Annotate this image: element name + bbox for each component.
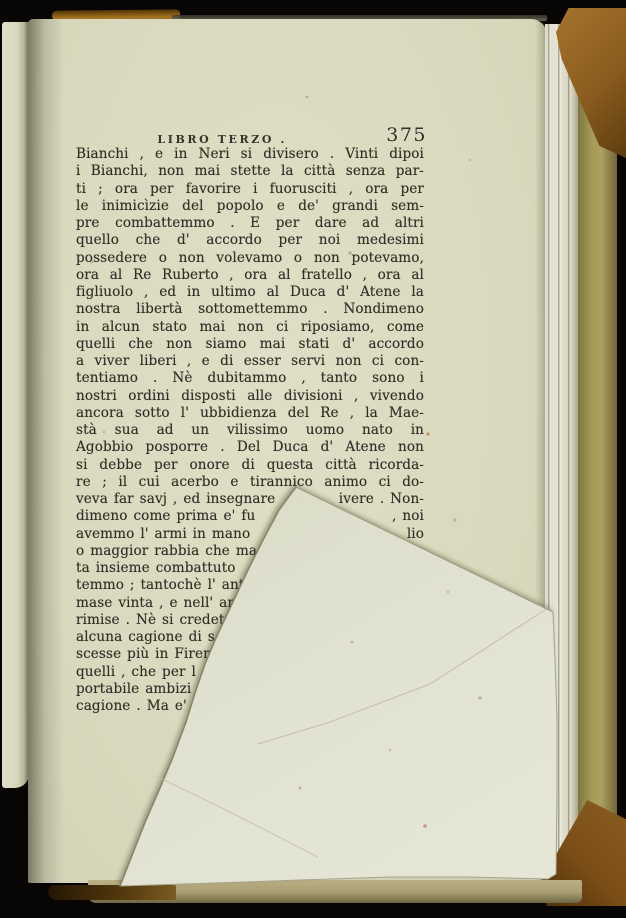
text-line: portabile ambizi: [76, 681, 424, 698]
text-line: quello che d' accordo per noi medesimi: [76, 232, 424, 249]
text-line: i Bianchi, non mai stette la città senza…: [76, 163, 424, 180]
text-line: alcuna cagione di s: [76, 629, 424, 646]
book-photo: LIBRO TERZO . 375 Bianchi , e in Neri si…: [0, 0, 626, 918]
text-line: ora al Re Ruberto , ora al fratello , or…: [76, 267, 424, 284]
text-line: o maggior rabbia che ma: [76, 543, 424, 560]
text-line: dimeno come prima e' fu, noi: [76, 508, 424, 525]
book-page: LIBRO TERZO . 375 Bianchi , e in Neri si…: [28, 19, 547, 883]
text-line: le inimicìzie del popolo e de' grandi se…: [76, 198, 424, 215]
text-line: in alcun stato mai non ci riposiamo, com…: [76, 319, 424, 336]
text-line: veva far savj , ed insegnareivere . Non-: [76, 491, 424, 508]
left-page-sliver: [2, 22, 29, 788]
text-line: quelli che non siamo mai stati d' accord…: [76, 336, 424, 353]
text-line: pre combattemmo . E per dare ad altri: [76, 215, 424, 232]
text-line: nostri ordini disposti alle divisioni , …: [76, 388, 424, 405]
page-number: 375: [386, 124, 427, 146]
text-line: scesse più in Firen: [76, 646, 424, 663]
text-line: a viver liberi , e di esser servi non ci…: [76, 353, 424, 370]
text-line: temmo ; tantochè l' ant: [76, 577, 424, 594]
text-line: si debbe per onore di questa città ricor…: [76, 457, 424, 474]
text-line: ti ; ora per favorire i fuorusciti , ora…: [76, 181, 424, 198]
text-line: mase vinta , e nell' ar: [76, 595, 424, 612]
text-line: avemmo l' armi in manolio: [76, 526, 424, 543]
bottom-edge-stain: [48, 885, 176, 900]
running-title: LIBRO TERZO .: [157, 133, 287, 146]
fore-edge-pages: [545, 24, 578, 882]
text-line: Agobbio posporre . Del Duca d' Atene non: [76, 439, 424, 456]
text-line: figliuolo , ed in ultimo al Duca d' Aten…: [76, 284, 424, 301]
text-line: ta insieme combattuto: [76, 560, 424, 577]
text-line: stà sua ad un vilissimo uomo nato in: [76, 422, 424, 439]
text-line: ancora sotto l' ubbidienza del Re , la M…: [76, 405, 424, 422]
text-line: re ; il cui acerbo e tirannico animo ci …: [76, 474, 424, 491]
text-line: tentiamo . Nè dubitammo , tanto sono i: [76, 370, 424, 387]
text-block: Bianchi , e in Neri si divisero . Vinti …: [76, 146, 424, 715]
text-line: quelli , che per l: [76, 664, 424, 681]
cover-edge-right: [578, 24, 617, 890]
text-line: cagione . Ma e': [76, 698, 424, 715]
text-line: Bianchi , e in Neri si divisero . Vinti …: [76, 146, 424, 163]
text-line: nostra libertà sottomettemmo . Nondimeno: [76, 301, 424, 318]
text-line: rimise . Nè si credet: [76, 612, 424, 629]
text-line: possedere o non volevamo o non potevamo,: [76, 250, 424, 267]
